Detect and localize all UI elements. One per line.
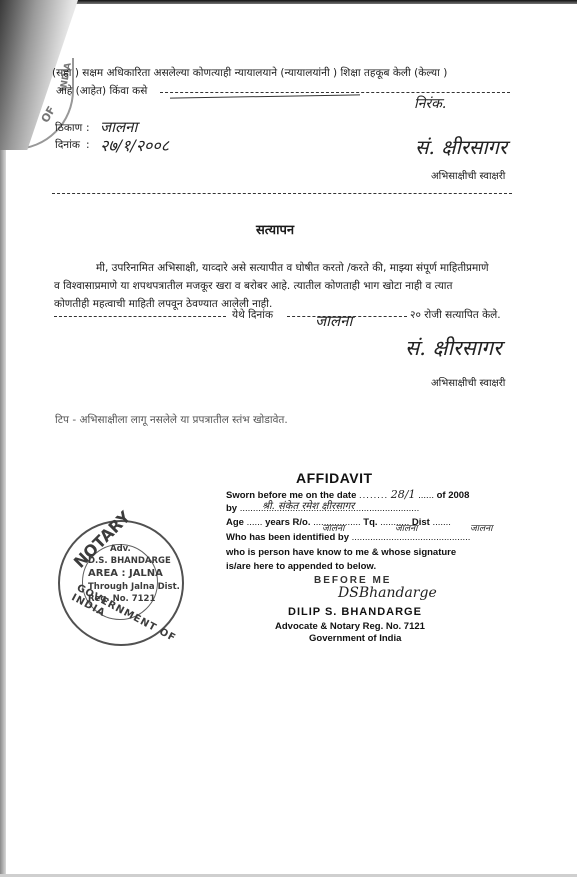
notary-name: DILIP S. BHANDARGE <box>288 606 422 618</box>
known-line: who is person have know to me & whose si… <box>226 547 456 558</box>
verification-line-1: मी, उपरिनामित अभिसाक्षी, याव्दारे असे सत… <box>96 261 489 275</box>
scan-edge-top <box>70 0 577 4</box>
notary-round-seal: NOTARY GOVERNMENT OF INDIA Adv. D.S. BHA… <box>58 520 184 646</box>
affidavit-title: AFFIDAVIT <box>296 470 373 486</box>
affidavit-page: OF INDIA (सहा ) सक्षम अधिकारिता असलेल्या… <box>0 0 577 877</box>
notary-title: Advocate & Notary Reg. No. 7121 <box>275 621 425 632</box>
by-handwritten: श्री. संकेत रमेश क्षीरसागर <box>262 498 354 512</box>
verification-line-2: व विश्वासाप्रमाणे या शपथपत्रातील मजकूर ख… <box>54 279 453 293</box>
strike-line <box>170 94 360 98</box>
notary-signature: DSBhandarge <box>338 585 437 601</box>
verification-date-label: येथे दिनांक <box>232 308 273 322</box>
verification-title: सत्यापन <box>256 220 294 238</box>
signature-top: सं. क्षीरसागर <box>415 133 507 160</box>
notary-govt: Government of India <box>309 633 401 644</box>
sworn-date-handwritten: 28/1 <box>391 488 416 501</box>
section-divider <box>52 193 512 194</box>
verification-place-handwritten: जालना <box>315 311 352 331</box>
clause-line-2: आहे (आहेत) किंवा कसे <box>56 84 147 98</box>
date-handwritten: २७/१/२००८ <box>100 134 169 156</box>
clause-line-1: (सहा ) सक्षम अधिकारिता असलेल्या कोणत्याह… <box>52 66 447 80</box>
place-label: ठिकाण <box>55 121 82 135</box>
footnote: टिप - अभिसाक्षीला लागू नसलेले या प्रपत्र… <box>55 413 288 427</box>
identified-line: Who has been identified by .............… <box>226 532 470 543</box>
signature-caption-verification: अभिसाक्षीची स्वाक्षरी <box>431 377 505 391</box>
append-line: is/are here to appended to below. <box>226 561 376 572</box>
clause-dash-line <box>160 92 510 93</box>
handwritten-nil: निरंक. <box>414 94 446 113</box>
signature-verification: सं. क्षीरसागर <box>405 334 502 362</box>
date-label: दिनांक <box>55 138 80 152</box>
verification-suffix: २० रोजी सत्यापित केले. <box>410 308 501 322</box>
dist-handwritten: जालना <box>470 521 492 534</box>
signature-caption-top: अभिसाक्षीची स्वाक्षरी <box>431 170 505 184</box>
